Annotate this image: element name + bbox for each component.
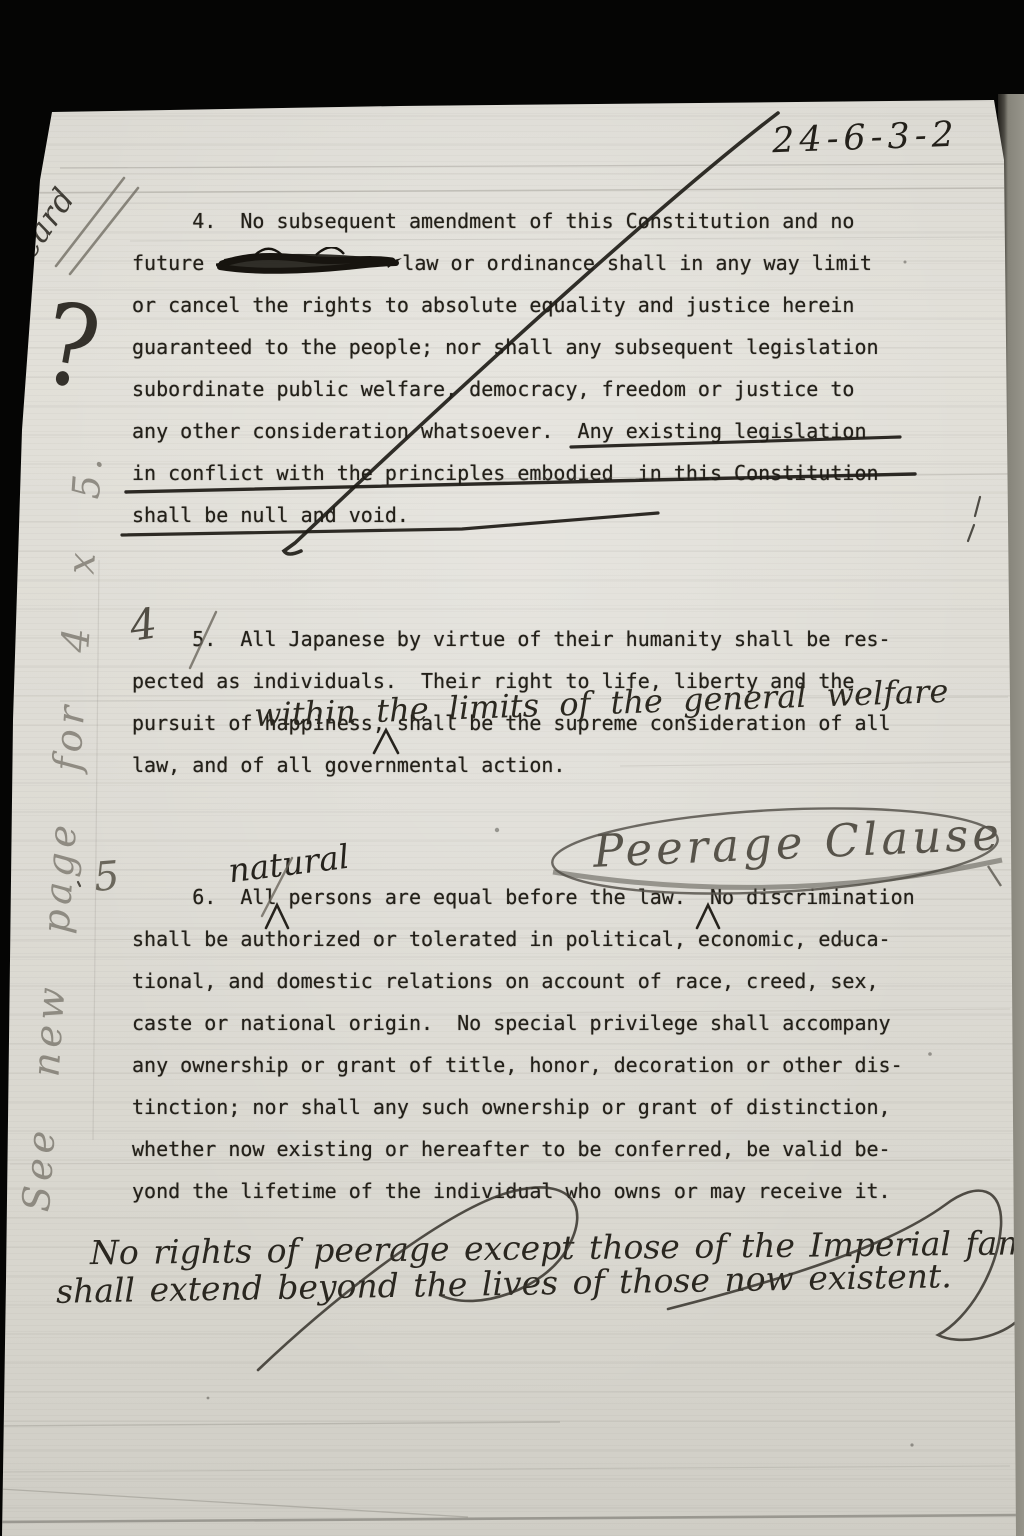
typed-paragraph-6: 6. All persons are equal before the law.… — [132, 876, 915, 1212]
typed-text: 4. No subsequent amendment of this Const… — [132, 209, 854, 233]
handwritten-renumber-5: 5 — [92, 853, 121, 901]
typed-line: or cancel the rights to absolute equalit… — [132, 284, 879, 326]
typed-text: yond the lifetime of the individual who … — [132, 1179, 891, 1203]
typed-line: shall be null and void. — [132, 494, 879, 536]
struck-typed-text: in conflict with the principles embodied… — [132, 461, 879, 485]
typed-line: 5. All Japanese by virtue of their human… — [132, 618, 891, 660]
typed-text: shall be authorized or tolerated in poli… — [132, 927, 891, 951]
typed-line: caste or national origin. No special pri… — [132, 1002, 915, 1044]
typed-line: yond the lifetime of the individual who … — [132, 1170, 915, 1212]
typed-text: 6. All persons are equal before the law.… — [132, 885, 915, 909]
typed-text: guaranteed to the people; nor shall any … — [132, 335, 879, 359]
typed-line: tinction; nor shall any such ownership o… — [132, 1086, 915, 1128]
bottom-rule-line — [0, 1515, 1024, 1522]
handwritten-doc-number: 24-6-3-2 — [771, 115, 959, 161]
typed-paragraph-4: 4. No subsequent amendment of this Const… — [132, 200, 879, 536]
typed-text: or cancel the rights to absolute equalit… — [132, 293, 854, 317]
paper-sheet: 4. No subsequent amendment of this Const… — [0, 0, 1024, 1536]
typed-line: any ownership or grant of title, honor, … — [132, 1044, 915, 1086]
typed-line: subordinate public welfare, democracy, f… — [132, 368, 879, 410]
struck-typed-text: Any existing legislation — [578, 419, 867, 443]
scanned-document-page: 4. No subsequent amendment of this Const… — [0, 0, 1024, 1536]
typed-text: caste or national origin. No special pri… — [132, 1011, 891, 1035]
typed-text: whether now existing or hereafter to be … — [132, 1137, 891, 1161]
handwritten-renumber-4: 4 — [127, 598, 160, 650]
typed-line: tional, and domestic relations on accoun… — [132, 960, 915, 1002]
typed-text: future — [132, 251, 216, 275]
typed-text: 5. All Japanese by virtue of their human… — [132, 627, 891, 651]
typed-line: whether now existing or hereafter to be … — [132, 1128, 915, 1170]
faint-diagonal-line — [0, 1489, 468, 1517]
typed-text: law or ordinance shall in any way limit — [402, 251, 872, 275]
typed-line: shall be authorized or tolerated in poli… — [132, 918, 915, 960]
typed-line: any other consideration whatsoever. Any … — [132, 410, 879, 452]
scribbled-out-word — [216, 247, 402, 277]
struck-typed-text: shall be null and void. — [132, 503, 409, 527]
handwritten-peerage-clause-label: Peerage Clause — [592, 807, 1004, 878]
typed-line: guaranteed to the people; nor shall any … — [132, 326, 879, 368]
typed-text: tional, and domestic relations on accoun… — [132, 969, 879, 993]
typed-line: future law or ordinance shall in any way… — [132, 242, 879, 284]
typed-text: tinction; nor shall any such ownership o… — [132, 1095, 891, 1119]
typed-text: any ownership or grant of title, honor, … — [132, 1053, 903, 1077]
typed-line: in conflict with the principles embodied… — [132, 452, 879, 494]
typed-line: law, and of all governmental action. — [132, 744, 891, 786]
typed-text: subordinate public welfare, democracy, f… — [132, 377, 854, 401]
typed-line: 4. No subsequent amendment of this Const… — [132, 200, 879, 242]
typed-text: law, and of all governmental action. — [132, 753, 565, 777]
handwritten-vertical-margin-note: See new page for 4 x 5. — [14, 412, 114, 1213]
typed-text: any other consideration whatsoever. — [132, 419, 578, 443]
handwritten-question-mark: ? — [33, 277, 109, 415]
